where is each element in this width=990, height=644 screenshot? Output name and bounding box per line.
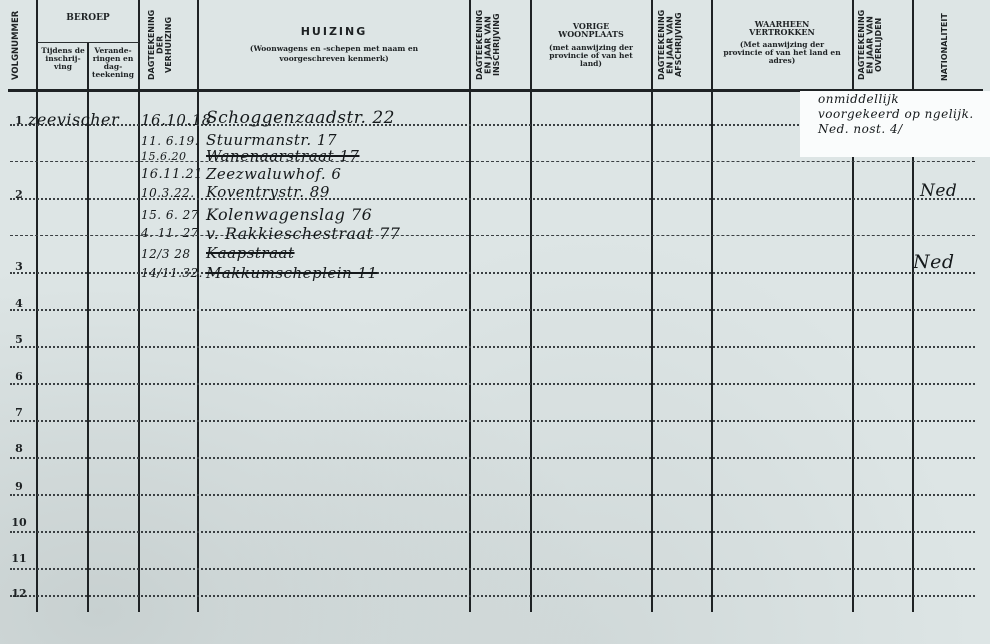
move-address: v. Rakkieschestraat 77 xyxy=(206,224,400,243)
row-number: 7 xyxy=(4,406,34,419)
move-address: Koventrystr. 89 xyxy=(206,183,330,201)
row-line xyxy=(10,383,975,385)
handwritten-beroep: zeevischer xyxy=(28,110,119,129)
waarheen-note: onmiddellijk voorgekeerd op ngelijk. Ned… xyxy=(818,92,978,137)
row-number: 4 xyxy=(4,297,34,310)
move-date: 15.6.20 xyxy=(141,150,187,163)
move-address: Wanenaarstraat 17 xyxy=(206,147,359,165)
row-number: 10 xyxy=(4,516,34,529)
header-beroep-veranderingen: Verande-ringen en dag-teekening xyxy=(89,47,137,79)
nationaliteit-entry: Ned xyxy=(920,181,957,201)
row-line xyxy=(10,531,975,533)
move-date: 10.3.22. xyxy=(141,186,195,200)
row-number: 5 xyxy=(4,333,34,346)
header-vorige-woonplaats-sub: (met aanwijzing der provincie of van het… xyxy=(540,44,642,68)
row-line xyxy=(10,309,975,311)
move-date: 16.11.21 xyxy=(141,167,203,182)
row-number: 8 xyxy=(4,442,34,455)
row-line xyxy=(10,346,975,348)
header-volgnummer: VOLGNUMMER xyxy=(12,6,26,84)
row-line xyxy=(10,595,975,597)
move-address: Zeezwaluwhof. 6 xyxy=(206,165,341,183)
row-number: 3 xyxy=(4,260,34,273)
header-waarheen-vertrokken: WAARHEEN VERTROKKEN xyxy=(732,20,832,37)
move-date: 16.10.18 xyxy=(141,111,212,129)
move-address: Schoggenzaadstr. 22 xyxy=(206,108,395,128)
row-number: 12 xyxy=(4,587,34,600)
header-dagteekening-overlijden: DAGTEEKENING EN JAAR VAN OVERLIJDEN xyxy=(858,4,906,86)
move-address: Kolenwagenslag 76 xyxy=(206,205,372,224)
row-line xyxy=(10,457,975,459)
row-line xyxy=(10,494,975,496)
move-date: 15. 6. 27 xyxy=(141,208,199,222)
move-address: Makkumscheplein 11 xyxy=(206,264,378,282)
header-huizing: HUIZING xyxy=(200,26,468,38)
beroep-subheader-rule xyxy=(37,42,139,43)
header-dagteekening-verhuizing: DAGTEEKENING DER VERHUIZING xyxy=(148,4,188,86)
row-number: 6 xyxy=(4,370,34,383)
row-number: 2 xyxy=(4,188,34,201)
header-waarheen-sub: (Met aanwijzing der provincie of van het… xyxy=(720,41,844,65)
nationaliteit-entry: Ned xyxy=(913,251,955,273)
header-dagteekening-afschrijving: DAGTEEKENING EN JAAR VAN AFSCHRIJVING xyxy=(658,4,706,86)
row-number: 9 xyxy=(4,480,34,493)
header-beroep: BEROEP xyxy=(38,14,138,23)
registration-card: VOLGNUMMER BEROEP Tijdens de inschrij-vi… xyxy=(0,0,990,644)
row-number: 11 xyxy=(4,552,34,565)
row-line xyxy=(10,420,975,422)
header-huizing-sub: (Woonwagens en -schepen met naam en voor… xyxy=(232,44,436,64)
move-date: 12/3 28 xyxy=(141,247,191,261)
move-date: 14/11.32. xyxy=(141,266,203,280)
move-date: 11. 6.19. xyxy=(141,134,199,148)
move-date: 4. 11. 27 xyxy=(141,226,199,240)
row-line xyxy=(10,568,975,570)
header-beroep-tijdens: Tijdens de inschrij-ving xyxy=(40,47,86,71)
header-nationaliteit: NATIONALITEIT xyxy=(941,10,953,84)
move-address: Kaapstraat xyxy=(206,244,295,262)
header-vorige-woonplaats: VORIGE WOONPLAATS xyxy=(548,22,634,39)
header-dagteekening-inschrijving: DAGTEEKENING EN JAAR VAN INSCHRIJVING xyxy=(476,4,524,86)
